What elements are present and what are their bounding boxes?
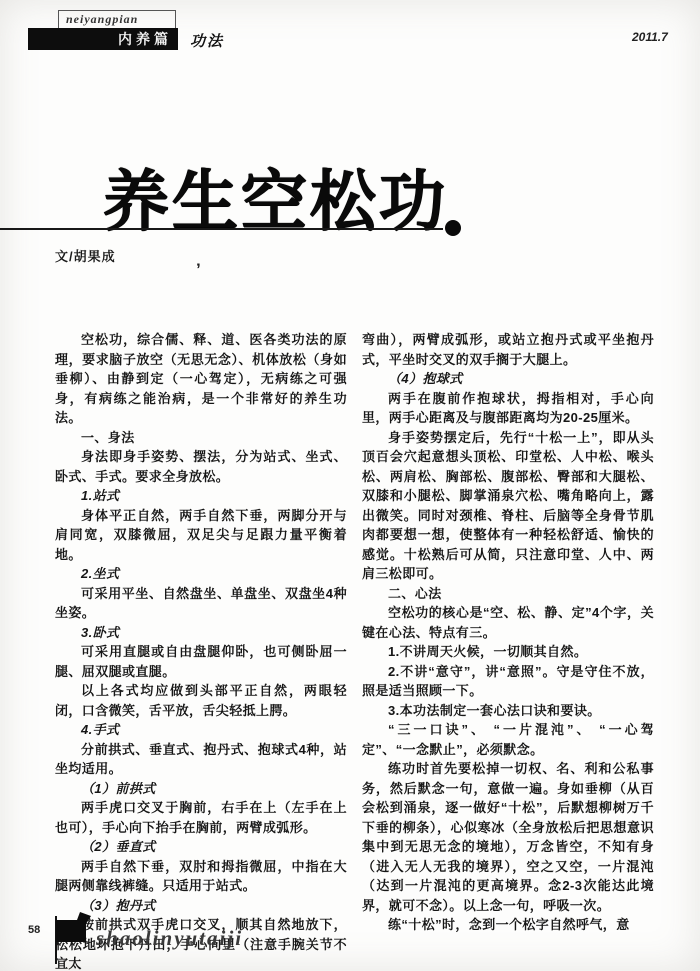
page-number: 58 bbox=[28, 924, 40, 936]
paragraph: 3.本功法制定一套心法口诀和要诀。 bbox=[362, 701, 654, 721]
paragraph: 两手在腹前作抱球状，拇指相对，手心向里，两手心距离及与腹部距离均为20-25厘米… bbox=[362, 389, 654, 428]
author-byline: 文/胡果成 bbox=[55, 246, 116, 265]
paragraph: 两手自然下垂，双肘和拇指微屈，中指在大腿两侧靠线裤缝。只适用于站式。 bbox=[55, 857, 347, 896]
section-heading: 1.站式 bbox=[55, 486, 347, 506]
paragraph: 空松功，综合儒、释、道、医各类功法的原理，要求脑子放空（无思无念）、机体放松（身… bbox=[55, 330, 347, 428]
paragraph: 练“十松”时，念到一个松字自然呼气，意 bbox=[362, 915, 654, 935]
section-heading: 3.卧式 bbox=[55, 623, 347, 643]
scan-artifact-mark: ’ bbox=[196, 260, 201, 280]
text-column-right: 弯曲），两臂成弧形，或站立抱丹式或平坐抱丹式，平坐时交叉的双手搁于大腿上。（4）… bbox=[362, 330, 654, 935]
issue-date: 2011.7 bbox=[632, 30, 668, 44]
section-banner-label: 内养篇 bbox=[118, 29, 172, 49]
paragraph: 以上各式均应做到头部平正自然，两眼轻闭，口含微笑，舌平放，舌尖轻抵上腭。 bbox=[55, 681, 347, 720]
paragraph: 空松功的核心是“空、松、静、定”4个字，关键在心法、特点有三。 bbox=[362, 603, 654, 642]
section-script-text: neiyangpian bbox=[66, 12, 174, 27]
category-label: 功法 bbox=[190, 30, 224, 51]
paragraph: 可采用平坐、自然盘坐、单盘坐、双盘坐4种坐姿。 bbox=[55, 584, 347, 623]
paragraph: 2.不讲“意守”，讲“意照”。守是守住不放，照是适当照顾一下。 bbox=[362, 662, 654, 701]
text-column-left: 空松功，综合儒、释、道、医各类功法的原理，要求脑子放空（无思无念）、机体放松（身… bbox=[55, 330, 347, 971]
paragraph: 弯曲），两臂成弧形，或站立抱丹式或平坐抱丹式，平坐时交叉的双手搁于大腿上。 bbox=[362, 330, 654, 369]
paragraph: “三一口诀”、 “一片混沌”、 “一心驾定”、“一念默止”，必须默念。 bbox=[362, 720, 654, 759]
paragraph: 身法即身手姿势、摆法，分为站式、坐式、卧式、手式。要求全身放松。 bbox=[55, 447, 347, 486]
paragraph: 身手姿势摆定后，先行“十松一上”，即从头顶百会穴起意想头顶松、印堂松、人中松、喉… bbox=[362, 428, 654, 584]
paragraph: 两手虎口交叉于胸前，右手在上（左手在上也可），手心向下抬手在胸前，两臂成弧形。 bbox=[55, 798, 347, 837]
paragraph: 身体平正自然，两手自然下垂，两脚分开与肩同宽，双膝微屈，双足尖与足跟力量平衡着地… bbox=[55, 506, 347, 565]
title-dot bbox=[445, 220, 461, 236]
section-heading: 2.坐式 bbox=[55, 564, 347, 584]
section-heading: 一、身法 bbox=[55, 428, 347, 448]
journal-script-logo: shaolinyutaiji bbox=[96, 926, 243, 951]
section-heading: 二、心法 bbox=[362, 584, 654, 604]
flag-icon bbox=[46, 912, 92, 971]
paragraph: 可采用直腿或自由盘腿仰卧，也可侧卧屈一腿、屈双腿或直腿。 bbox=[55, 642, 347, 681]
title-rule bbox=[0, 228, 443, 230]
section-heading: （3）抱丹式 bbox=[55, 896, 347, 916]
paragraph: 分前拱式、垂直式、抱丹式、抱球式4种，站坐均适用。 bbox=[55, 740, 347, 779]
section-banner: 内养篇 bbox=[28, 28, 178, 50]
section-heading: （1）前拱式 bbox=[55, 779, 347, 799]
magazine-page: neiyangpian 内养篇 功法 2011.7 养生空松功 文/胡果成 ’ … bbox=[0, 0, 700, 971]
section-heading: （4）抱球式 bbox=[362, 369, 654, 389]
section-heading: （2）垂直式 bbox=[55, 837, 347, 857]
paragraph: 练功时首先要松掉一切权、名、利和公私事务，然后默念一句，意做一遍。身如垂柳（从百… bbox=[362, 759, 654, 915]
section-heading: 4.手式 bbox=[55, 720, 347, 740]
paragraph: 1.不讲周天火候，一切顺其自然。 bbox=[362, 642, 654, 662]
